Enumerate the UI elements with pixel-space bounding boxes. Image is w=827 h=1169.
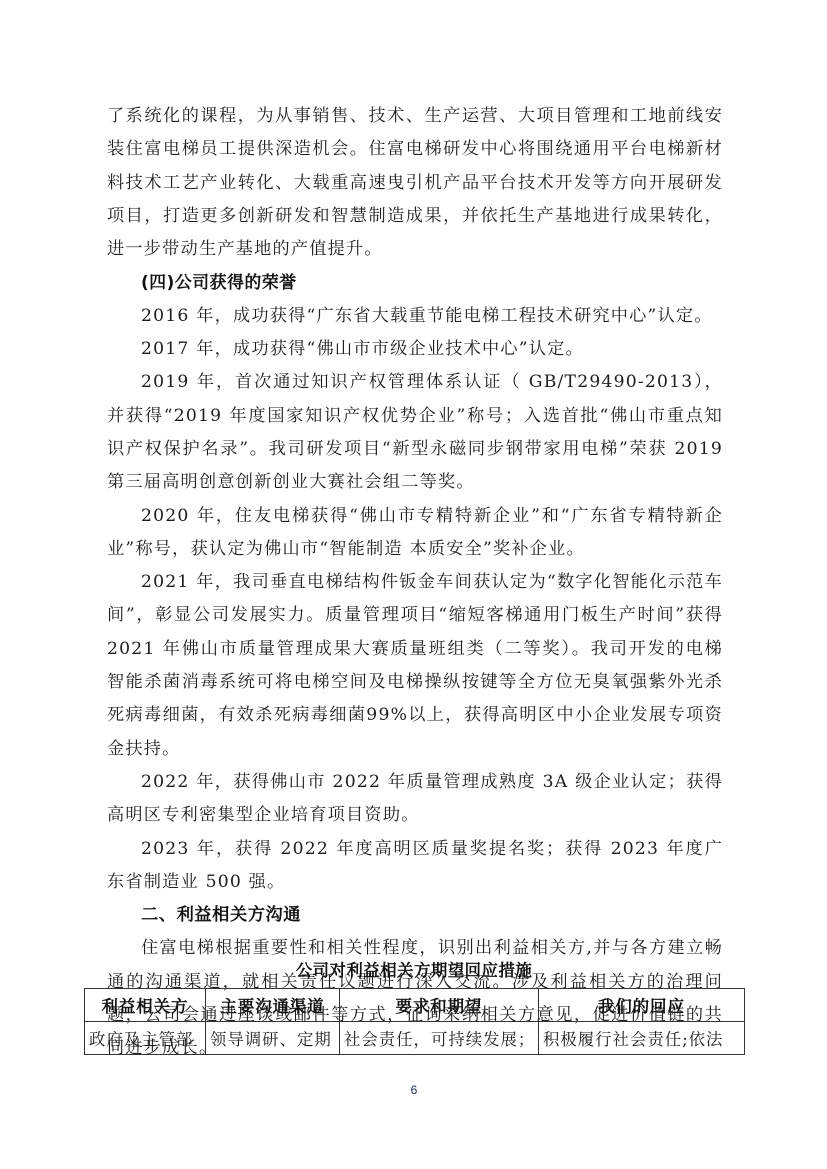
cell-expectation: 社会责任，可持续发展； xyxy=(340,1022,539,1055)
honor-2020: 2020 年，住友电梯获得“佛山市专精特新企业”和“广东省专精特新企业”称号，获… xyxy=(107,500,723,567)
header-channel: 主要沟通渠道 xyxy=(206,989,340,1022)
header-expectation: 要求和期望 xyxy=(340,989,539,1022)
cell-response: 积极履行社会责任;依法 xyxy=(539,1022,745,1055)
table-row: 政府及主管部 领导调研、定期 社会责任，可持续发展； 积极履行社会责任;依法 xyxy=(85,1022,745,1055)
honor-2022: 2022 年，获得佛山市 2022 年质量管理成熟度 3A 级企业认定；获得高明… xyxy=(107,766,723,833)
page-number: 6 xyxy=(405,1083,423,1097)
honor-2017: 2017 年，成功获得“佛山市市级企业技术中心”认定。 xyxy=(107,333,723,366)
cell-stakeholder: 政府及主管部 xyxy=(85,1022,206,1055)
header-stakeholder: 利益相关方 xyxy=(85,989,206,1022)
header-response: 我们的回应 xyxy=(539,989,745,1022)
body-text: 了系统化的课程，为从事销售、技术、生产运营、大项目管理和工地前线安装住富电梯员工… xyxy=(107,100,723,1066)
honor-2023: 2023 年，获得 2022 年度高明区质量奖提名奖；获得 2023 年度广东省… xyxy=(107,833,723,900)
document-page: 了系统化的课程，为从事销售、技术、生产运营、大项目管理和工地前线安装住富电梯员工… xyxy=(0,0,827,1169)
table-title: 公司对利益相关方期望回应措施 xyxy=(84,957,744,985)
honor-2019: 2019 年，首次通过知识产权管理体系认证（ GB/T29490-2013），并… xyxy=(107,366,723,499)
honor-2016: 2016 年，成功获得“广东省大载重节能电梯工程技术研究中心”认定。 xyxy=(107,300,723,333)
honors-heading: (四)公司获得的荣誉 xyxy=(107,266,723,299)
honor-2021: 2021 年，我司垂直电梯结构件钣金车间获认定为“数字化智能化示范车间”，彰显公… xyxy=(107,566,723,766)
stakeholder-table: 利益相关方 主要沟通渠道 要求和期望 我们的回应 政府及主管部 领导调研、定期 … xyxy=(84,988,745,1055)
cell-channel: 领导调研、定期 xyxy=(206,1022,340,1055)
stakeholder-heading: 二、利益相关方沟通 xyxy=(107,899,723,932)
table-header-row: 利益相关方 主要沟通渠道 要求和期望 我们的回应 xyxy=(85,989,745,1022)
intro-paragraph: 了系统化的课程，为从事销售、技术、生产运营、大项目管理和工地前线安装住富电梯员工… xyxy=(107,100,723,266)
